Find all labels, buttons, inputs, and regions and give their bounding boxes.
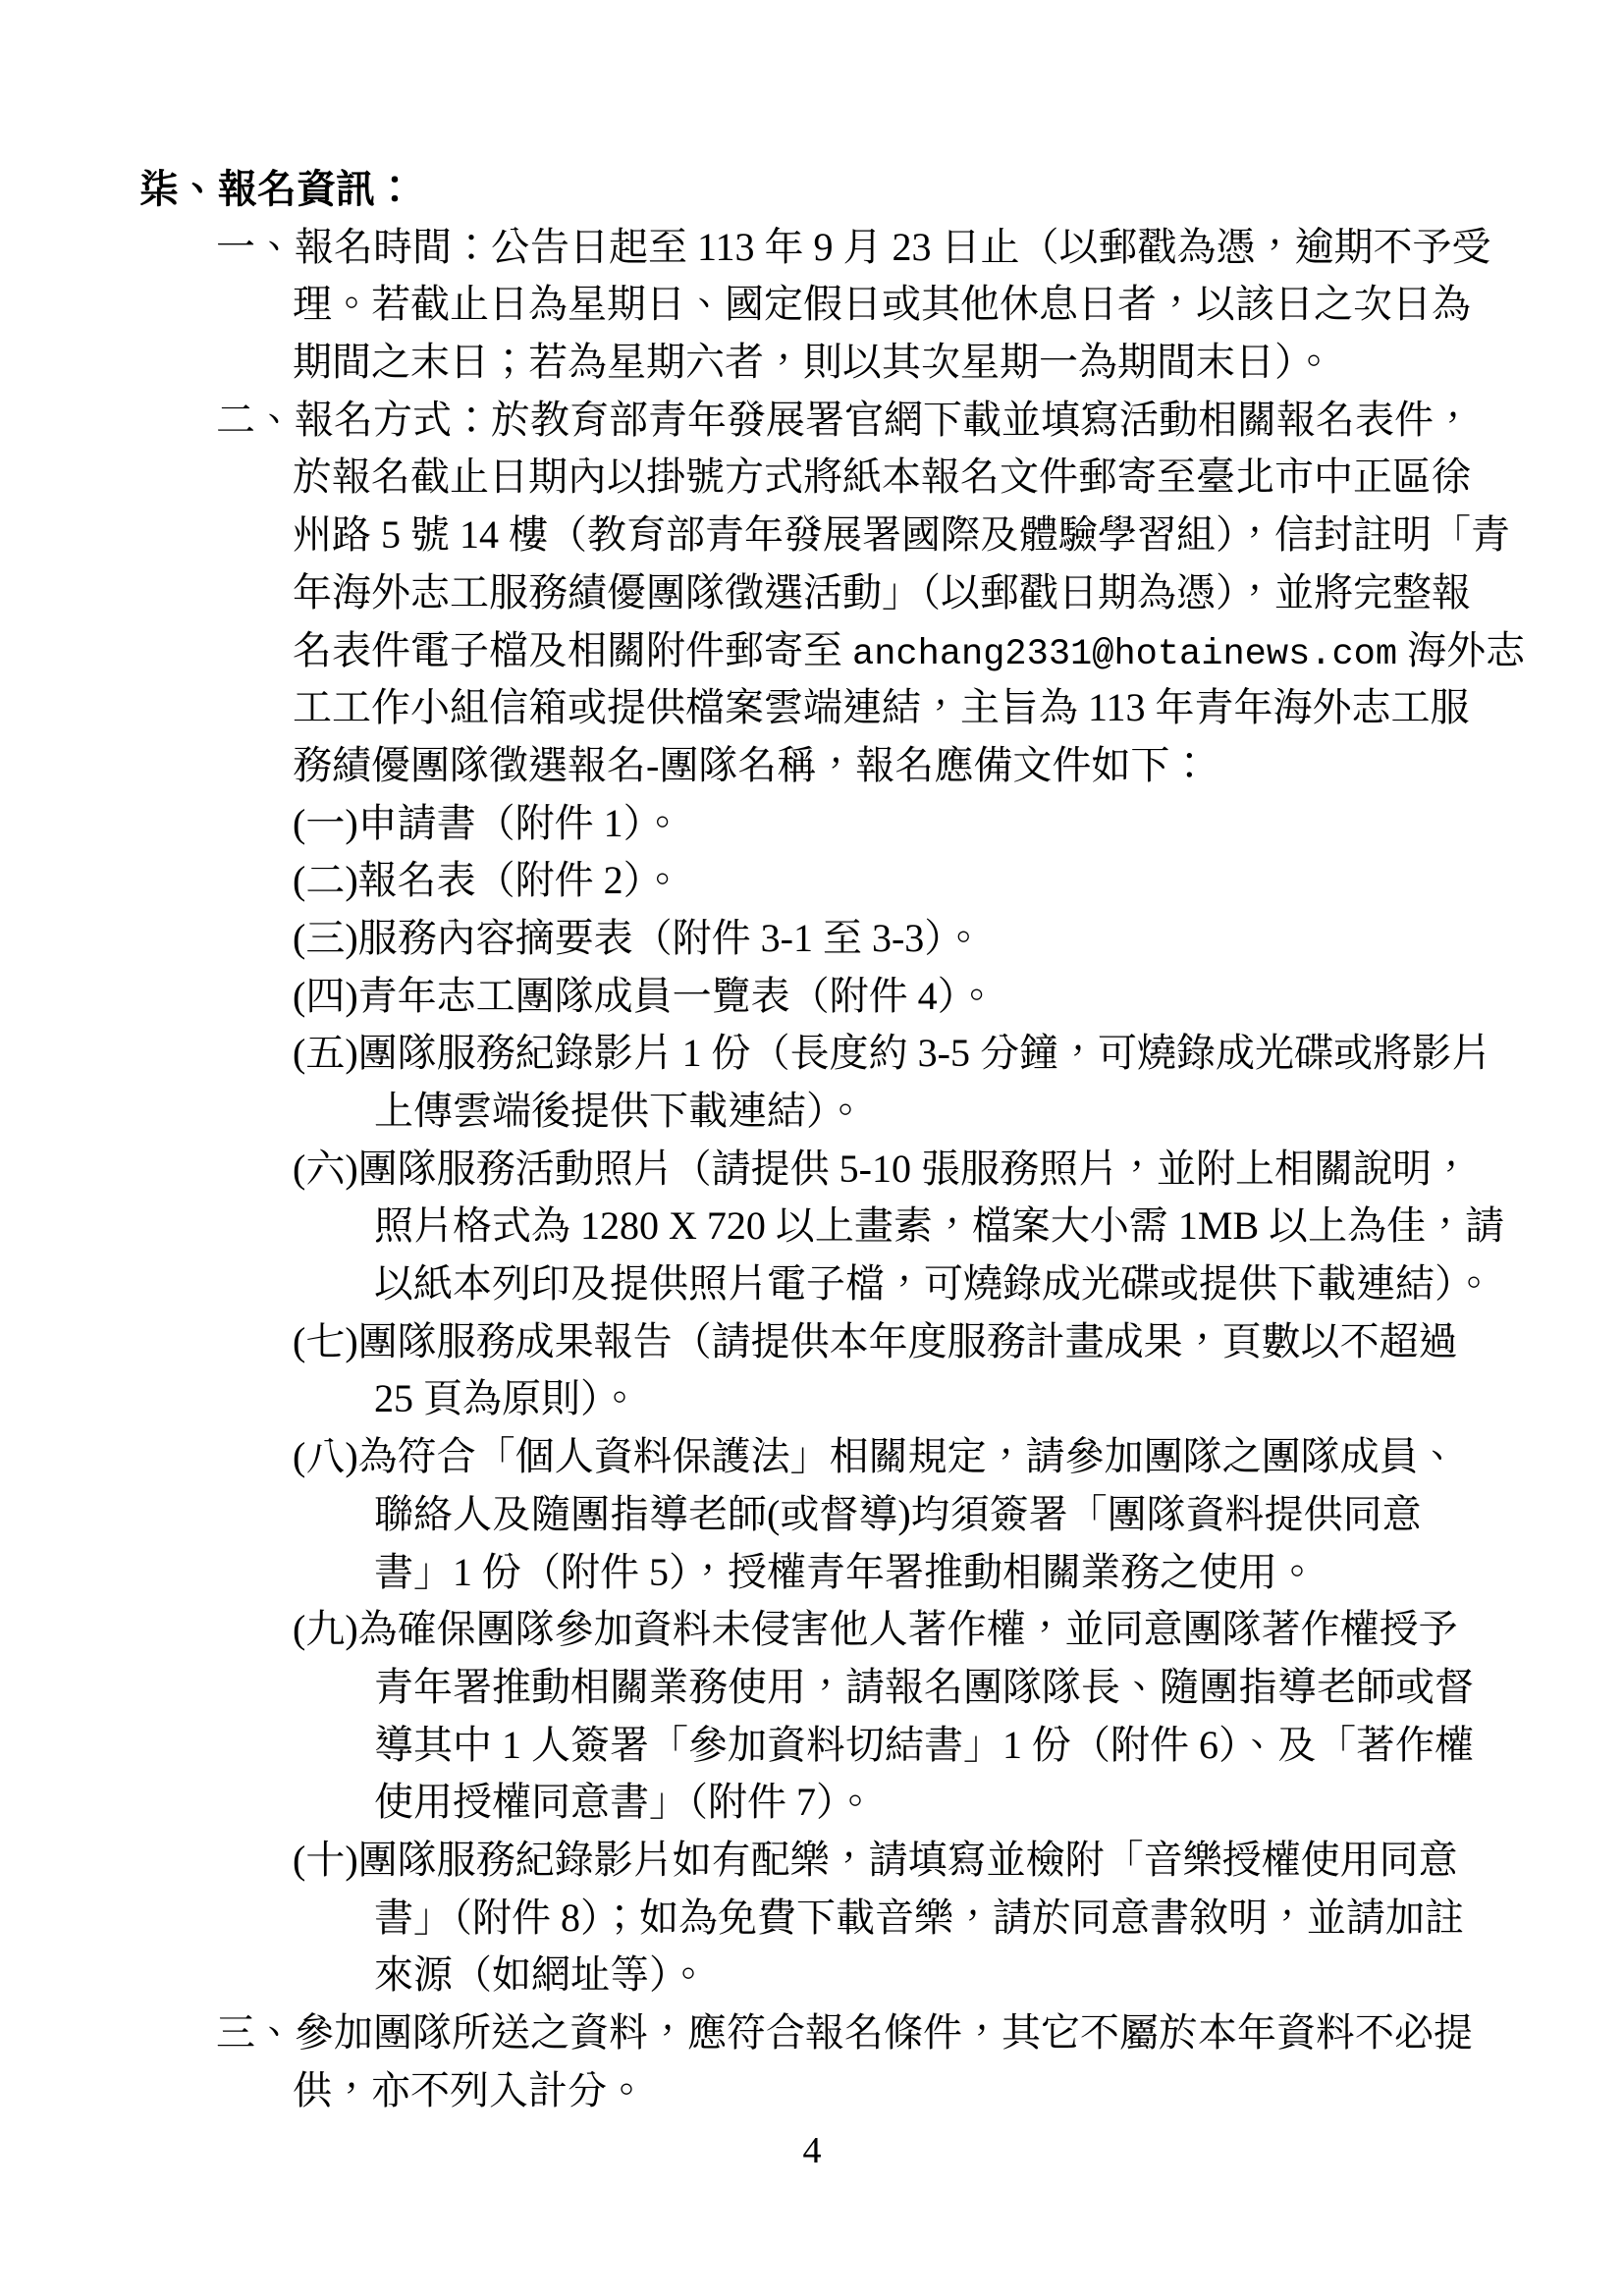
- text-segment: 25 頁為原則）。: [374, 1376, 639, 1420]
- text-line: 年海外志工服務績優團隊徵選活動」（以郵戳日期為憑），並將完整報: [293, 564, 1525, 622]
- email-text: anchang2331@hotainews.com: [852, 634, 1397, 675]
- text-line: 三、參加團隊所送之資料，應符合報名條件，其它不屬於本年資料不必提: [216, 2004, 1525, 2062]
- text-segment: (一)申請書（附件 1）。: [293, 801, 682, 845]
- text-segment: (九)為確保團隊參加資料未侵害他人著作權，並同意團隊著作權授予: [293, 1607, 1458, 1651]
- text-segment: 工工作小組信箱或提供檔案雲端連結，主旨為 113 年青年海外志工服: [293, 685, 1470, 729]
- text-line: 一、報名時間：公告日起至 113 年 9 月 23 日止（以郵戳為憑，逾期不予受: [216, 219, 1525, 277]
- text-line: (七)團隊服務成果報告（請提供本年度服務計畫成果，頁數以不超過: [293, 1313, 1525, 1371]
- text-line: (四)青年志工團隊成員一覽表（附件 4）。: [293, 968, 1525, 1026]
- text-line: 工工作小組信箱或提供檔案雲端連結，主旨為 113 年青年海外志工服: [293, 679, 1525, 737]
- text-line: 聯絡人及隨團指導老師(或督導)均須簽署「團隊資料提供同意: [374, 1486, 1525, 1544]
- text-segment: 導其中 1 人簽署「參加資料切結書」1 份（附件 6）、及「著作權: [374, 1723, 1474, 1767]
- text-line: (三)服務內容摘要表（附件 3-1 至 3-3）。: [293, 910, 1525, 968]
- text-segment: (六)團隊服務活動照片（請提供 5-10 張服務照片，並附上相關說明，: [293, 1147, 1471, 1191]
- text-segment: 年海外志工服務績優團隊徵選活動」（以郵戳日期為憑），並將完整報: [293, 570, 1471, 614]
- text-segment: 書」（附件 8）；如為免費下載音樂，請於同意書敘明，並請加註: [374, 1896, 1464, 1940]
- text-line: (十)團隊服務紀錄影片如有配樂，請填寫並檢附「音樂授權使用同意: [293, 1832, 1525, 1890]
- text-segment: 務績優團隊徵選報名-團隊名稱，報名應備文件如下：: [293, 743, 1209, 787]
- text-line: (六)團隊服務活動照片（請提供 5-10 張服務照片，並附上相關說明，: [293, 1141, 1525, 1199]
- text-line: 使用授權同意書」（附件 7）。: [374, 1774, 1525, 1832]
- text-line: 務績優團隊徵選報名-團隊名稱，報名應備文件如下：: [293, 737, 1525, 795]
- text-line: 於報名截止日期內以掛號方式將紙本報名文件郵寄至臺北市中正區徐: [293, 449, 1525, 507]
- text-segment: 理。若截止日為星期日、國定假日或其他休息日者，以該日之次日為: [293, 282, 1471, 326]
- text-segment: 書」1 份（附件 5），授權青年署推動相關業務之使用。: [374, 1550, 1317, 1594]
- text-line: 來源（如網址等）。: [374, 1947, 1525, 2004]
- text-segment: 以紙本列印及提供照片電子檔，可燒錄成光碟或提供下載連結）。: [374, 1261, 1493, 1306]
- text-segment: 使用授權同意書」（附件 7）。: [374, 1780, 875, 1824]
- text-line: 柒、報名資訊：: [139, 161, 1525, 219]
- text-segment: 一、報名時間：公告日起至 113 年 9 月 23 日止（以郵戳為憑，逾期不予受: [216, 225, 1491, 269]
- text-segment: 名表件電子檔及相關附件郵寄至: [293, 628, 852, 672]
- text-line: (一)申請書（附件 1）。: [293, 795, 1525, 853]
- text-line: 上傳雲端後提供下載連結）。: [374, 1083, 1525, 1141]
- text-line: 導其中 1 人簽署「參加資料切結書」1 份（附件 6）、及「著作權: [374, 1717, 1525, 1775]
- text-segment: 供，亦不列入計分。: [293, 2068, 646, 2112]
- text-segment: 於報名截止日期內以掛號方式將紙本報名文件郵寄至臺北市中正區徐: [293, 454, 1471, 499]
- text-segment: 三、參加團隊所送之資料，應符合報名條件，其它不屬於本年資料不必提: [216, 2010, 1473, 2055]
- text-segment: 海外志: [1397, 628, 1525, 672]
- text-line: 名表件電子檔及相關附件郵寄至 anchang2331@hotainews.com…: [293, 622, 1525, 680]
- text-line: 期間之末日；若為星期六者，則以其次星期一為期間末日）。: [293, 334, 1525, 392]
- text-line: 以紙本列印及提供照片電子檔，可燒錄成光碟或提供下載連結）。: [374, 1255, 1525, 1313]
- text-line: 照片格式為 1280 X 720 以上畫素，檔案大小需 1MB 以上為佳，請: [374, 1198, 1525, 1255]
- text-segment: 照片格式為 1280 X 720 以上畫素，檔案大小需 1MB 以上為佳，請: [374, 1203, 1504, 1248]
- page-number: 4: [0, 2130, 1624, 2171]
- text-line: (五)團隊服務紀錄影片 1 份（長度約 3-5 分鐘，可燒錄成光碟或將影片: [293, 1025, 1525, 1083]
- text-line: (八)為符合「個人資料保護法」相關規定，請參加團隊之團隊成員、: [293, 1428, 1525, 1486]
- text-segment: (七)團隊服務成果報告（請提供本年度服務計畫成果，頁數以不超過: [293, 1319, 1458, 1363]
- text-line: (九)為確保團隊參加資料未侵害他人著作權，並同意團隊著作權授予: [293, 1601, 1525, 1659]
- text-line: 二、報名方式：於教育部青年發展署官網下載並填寫活動相關報名表件，: [216, 392, 1525, 450]
- text-line: 書」1 份（附件 5），授權青年署推動相關業務之使用。: [374, 1544, 1525, 1602]
- text-segment: (五)團隊服務紀錄影片 1 份（長度約 3-5 分鐘，可燒錄成光碟或將影片: [293, 1031, 1490, 1075]
- text-segment: 期間之末日；若為星期六者，則以其次星期一為期間末日）。: [293, 340, 1333, 384]
- text-segment: 上傳雲端後提供下載連結）。: [374, 1089, 865, 1133]
- text-segment: 州路 5 號 14 樓（教育部青年發展署國際及體驗學習組），信封註明「青: [293, 512, 1510, 557]
- text-line: 州路 5 號 14 樓（教育部青年發展署國際及體驗學習組），信封註明「青: [293, 507, 1525, 564]
- text-segment: 青年署推動相關業務使用，請報名團隊隊長、隨團指導老師或督: [374, 1665, 1474, 1709]
- text-segment: 二、報名方式：於教育部青年發展署官網下載並填寫活動相關報名表件，: [216, 398, 1473, 442]
- text-segment: (十)團隊服務紀錄影片如有配樂，請填寫並檢附「音樂授權使用同意: [293, 1838, 1458, 1882]
- text-line: 書」（附件 8）；如為免費下載音樂，請於同意書敘明，並請加註: [374, 1890, 1525, 1948]
- text-segment: 來源（如網址等）。: [374, 1952, 708, 1997]
- document-page: 柒、報名資訊：一、報名時間：公告日起至 113 年 9 月 23 日止（以郵戳為…: [0, 0, 1624, 2296]
- text-line: 青年署推動相關業務使用，請報名團隊隊長、隨團指導老師或督: [374, 1659, 1525, 1717]
- text-segment: 柒、報名資訊：: [139, 167, 414, 211]
- text-line: 理。若截止日為星期日、國定假日或其他休息日者，以該日之次日為: [293, 276, 1525, 334]
- text-segment: (八)為符合「個人資料保護法」相關規定，請參加團隊之團隊成員、: [293, 1434, 1458, 1478]
- text-segment: (四)青年志工團隊成員一覽表（附件 4）。: [293, 974, 997, 1018]
- document-body: 柒、報名資訊：一、報名時間：公告日起至 113 年 9 月 23 日止（以郵戳為…: [0, 161, 1525, 2119]
- text-segment: 聯絡人及隨團指導老師(或督導)均須簽署「團隊資料提供同意: [374, 1492, 1422, 1536]
- text-line: 25 頁為原則）。: [374, 1370, 1525, 1428]
- text-line: (二)報名表（附件 2）。: [293, 852, 1525, 910]
- text-line: 供，亦不列入計分。: [293, 2062, 1525, 2120]
- text-segment: (三)服務內容摘要表（附件 3-1 至 3-3）。: [293, 916, 983, 960]
- text-segment: (二)報名表（附件 2）。: [293, 858, 682, 902]
